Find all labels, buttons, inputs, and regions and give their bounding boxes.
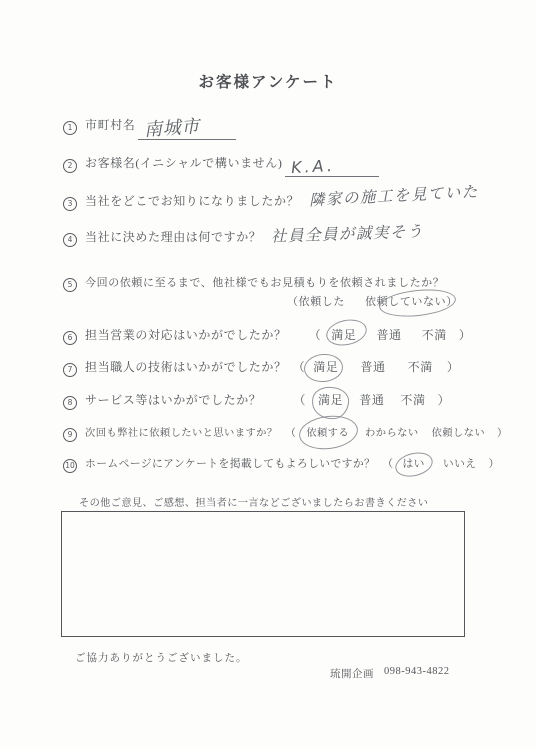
question-7-row: 7 担当職人の技術はいかがでしたか？ （ 満足 普通 不満 ） <box>63 358 459 376</box>
question-1-row: 1 市町村名 南城市 <box>63 108 236 134</box>
paren-close: ） <box>488 456 499 471</box>
question-7-number: 7 <box>68 365 73 374</box>
q7-option-normal: 普通 <box>360 358 385 375</box>
question-2-row: 2 お客様名(イニシャルで構いません) K.A. <box>63 148 379 172</box>
paren-open: （ <box>287 293 299 309</box>
q6-option-satisfied: 満足 <box>331 326 356 343</box>
question-1-number-badge: 1 <box>63 121 77 135</box>
question-9-number-badge: 9 <box>63 428 77 442</box>
question-2-number-badge: 2 <box>63 159 77 173</box>
paren-open: （ <box>382 456 393 471</box>
paren-open: （ <box>293 358 306 375</box>
comments-label: その他ご意見、ご感想、担当者に一言などございましたらお書きください <box>79 494 428 509</box>
paren-close: ） <box>446 293 458 309</box>
q8-option-satisfied: 満足 <box>318 391 343 408</box>
question-8-row: 8 サービス等はいかがでしたか？ （ 満足 普通 不満 ） <box>63 391 450 409</box>
q6-option-dissatisfied: 不満 <box>422 326 447 343</box>
question-5-number-badge: 5 <box>63 278 77 292</box>
paren-open: （ <box>293 391 306 408</box>
company-phone: 098-943-4822 <box>384 666 450 681</box>
question-3-handwritten-answer: 隣家の施工を見ていた <box>309 180 480 211</box>
thanks-message: ご協力ありがとうございました。 <box>75 650 248 665</box>
q7-option-dissatisfied: 不満 <box>408 358 433 375</box>
q7-option-satisfied: 満足 <box>313 358 338 375</box>
question-1-handwritten-answer: 南城市 <box>144 112 201 142</box>
question-8-label: サービス等はいかがでしたか？ <box>85 391 261 408</box>
company-contact: 琉開企画 098-943-4822 <box>330 666 450 681</box>
question-4-handwritten-answer: 社員全員が誠実そう <box>271 219 425 246</box>
question-7-label: 担当職人の技術はいかがでしたか？ <box>85 358 287 375</box>
q8-option-normal: 普通 <box>359 391 384 408</box>
question-3-label: 当社をどこでお知りになりましたか？ <box>85 192 299 209</box>
question-10-number: 10 <box>65 461 75 470</box>
paren-close: ） <box>447 358 460 375</box>
question-2-handwritten-answer: K.A. <box>291 156 336 177</box>
question-10-row: 10 ホームページにアンケートを掲載してもよろしいですか？ （ はい いいえ ） <box>63 456 500 472</box>
question-7-number-badge: 7 <box>63 363 77 377</box>
question-6-number: 6 <box>68 333 73 342</box>
survey-scan-page: お客様アンケート 1 市町村名 南城市 2 お客様名(イニシャルで構いません) … <box>0 0 536 748</box>
question-10-label: ホームページにアンケートを掲載してもよろしいですか？ <box>85 456 375 471</box>
question-6-row: 6 担当営業の対応はいかがでしたか？ （ 満足 普通 不満 ） <box>63 326 471 344</box>
question-9-number: 9 <box>68 430 73 439</box>
question-8-number-badge: 8 <box>63 396 77 410</box>
page-title: お客様アンケート <box>0 70 536 92</box>
question-2-label: お客様名(イニシャルで構いません) <box>85 154 282 171</box>
q6-option-normal: 普通 <box>376 326 401 343</box>
q9-option-unsure: わからない <box>365 424 418 439</box>
question-4-number: 4 <box>68 235 73 244</box>
q5-option-not-requested: 依頼していない <box>365 293 446 309</box>
comments-box <box>61 511 465 637</box>
paren-close: ） <box>438 391 451 408</box>
question-9-row: 9 次回も弊社に依頼したいと思いますか？ （ 依頼する わからない 依頼しない … <box>63 424 508 441</box>
q10-option-no: いいえ <box>443 456 477 471</box>
question-1-label: 市町村名 <box>85 116 135 133</box>
question-5-label: 今回の依頼に至るまで、他社様でもお見積もりを依頼されましたか？ <box>85 274 444 290</box>
question-4-label: 当社に決めた理由は何ですか？ <box>85 228 261 245</box>
paren-open: （ <box>309 326 322 343</box>
question-4-row: 4 当社に決めた理由は何ですか？ 社員全員が誠実そう <box>63 224 424 246</box>
question-1-number: 1 <box>68 123 73 132</box>
question-2-number: 2 <box>68 161 73 170</box>
q9-option-no-request: 依頼しない <box>432 424 485 439</box>
question-6-number-badge: 6 <box>63 331 77 345</box>
q5-option-requested: 依頼した <box>299 293 345 309</box>
paren-close: ） <box>497 424 508 439</box>
q10-option-yes: はい <box>402 456 424 471</box>
q8-option-dissatisfied: 不満 <box>400 391 425 408</box>
q9-option-request-again: 依頼する <box>306 424 349 439</box>
question-2-answer-line: K.A. <box>285 158 379 177</box>
paren-close: ） <box>459 326 472 343</box>
question-3-number: 3 <box>68 199 73 208</box>
question-3-row: 3 当社をどこでお知りになりましたか？ 隣家の施工を見ていた <box>63 188 479 210</box>
question-5-row: 5 今回の依頼に至るまで、他社様でもお見積もりを依頼されましたか？ <box>63 274 444 291</box>
paren-open: （ <box>286 424 297 439</box>
question-10-number-badge: 10 <box>63 459 77 473</box>
question-9-label: 次回も弊社に依頼したいと思いますか？ <box>85 424 278 439</box>
question-5-options-row: （ 依頼した 依頼していない ） <box>287 293 458 309</box>
question-8-number: 8 <box>68 398 73 407</box>
question-1-answer-line: 南城市 <box>138 119 236 140</box>
question-3-number-badge: 3 <box>63 197 77 211</box>
question-5-number: 5 <box>68 280 73 289</box>
company-name: 琉開企画 <box>330 666 374 681</box>
question-4-number-badge: 4 <box>63 233 77 247</box>
question-6-label: 担当営業の対応はいかがでしたか？ <box>85 326 287 343</box>
